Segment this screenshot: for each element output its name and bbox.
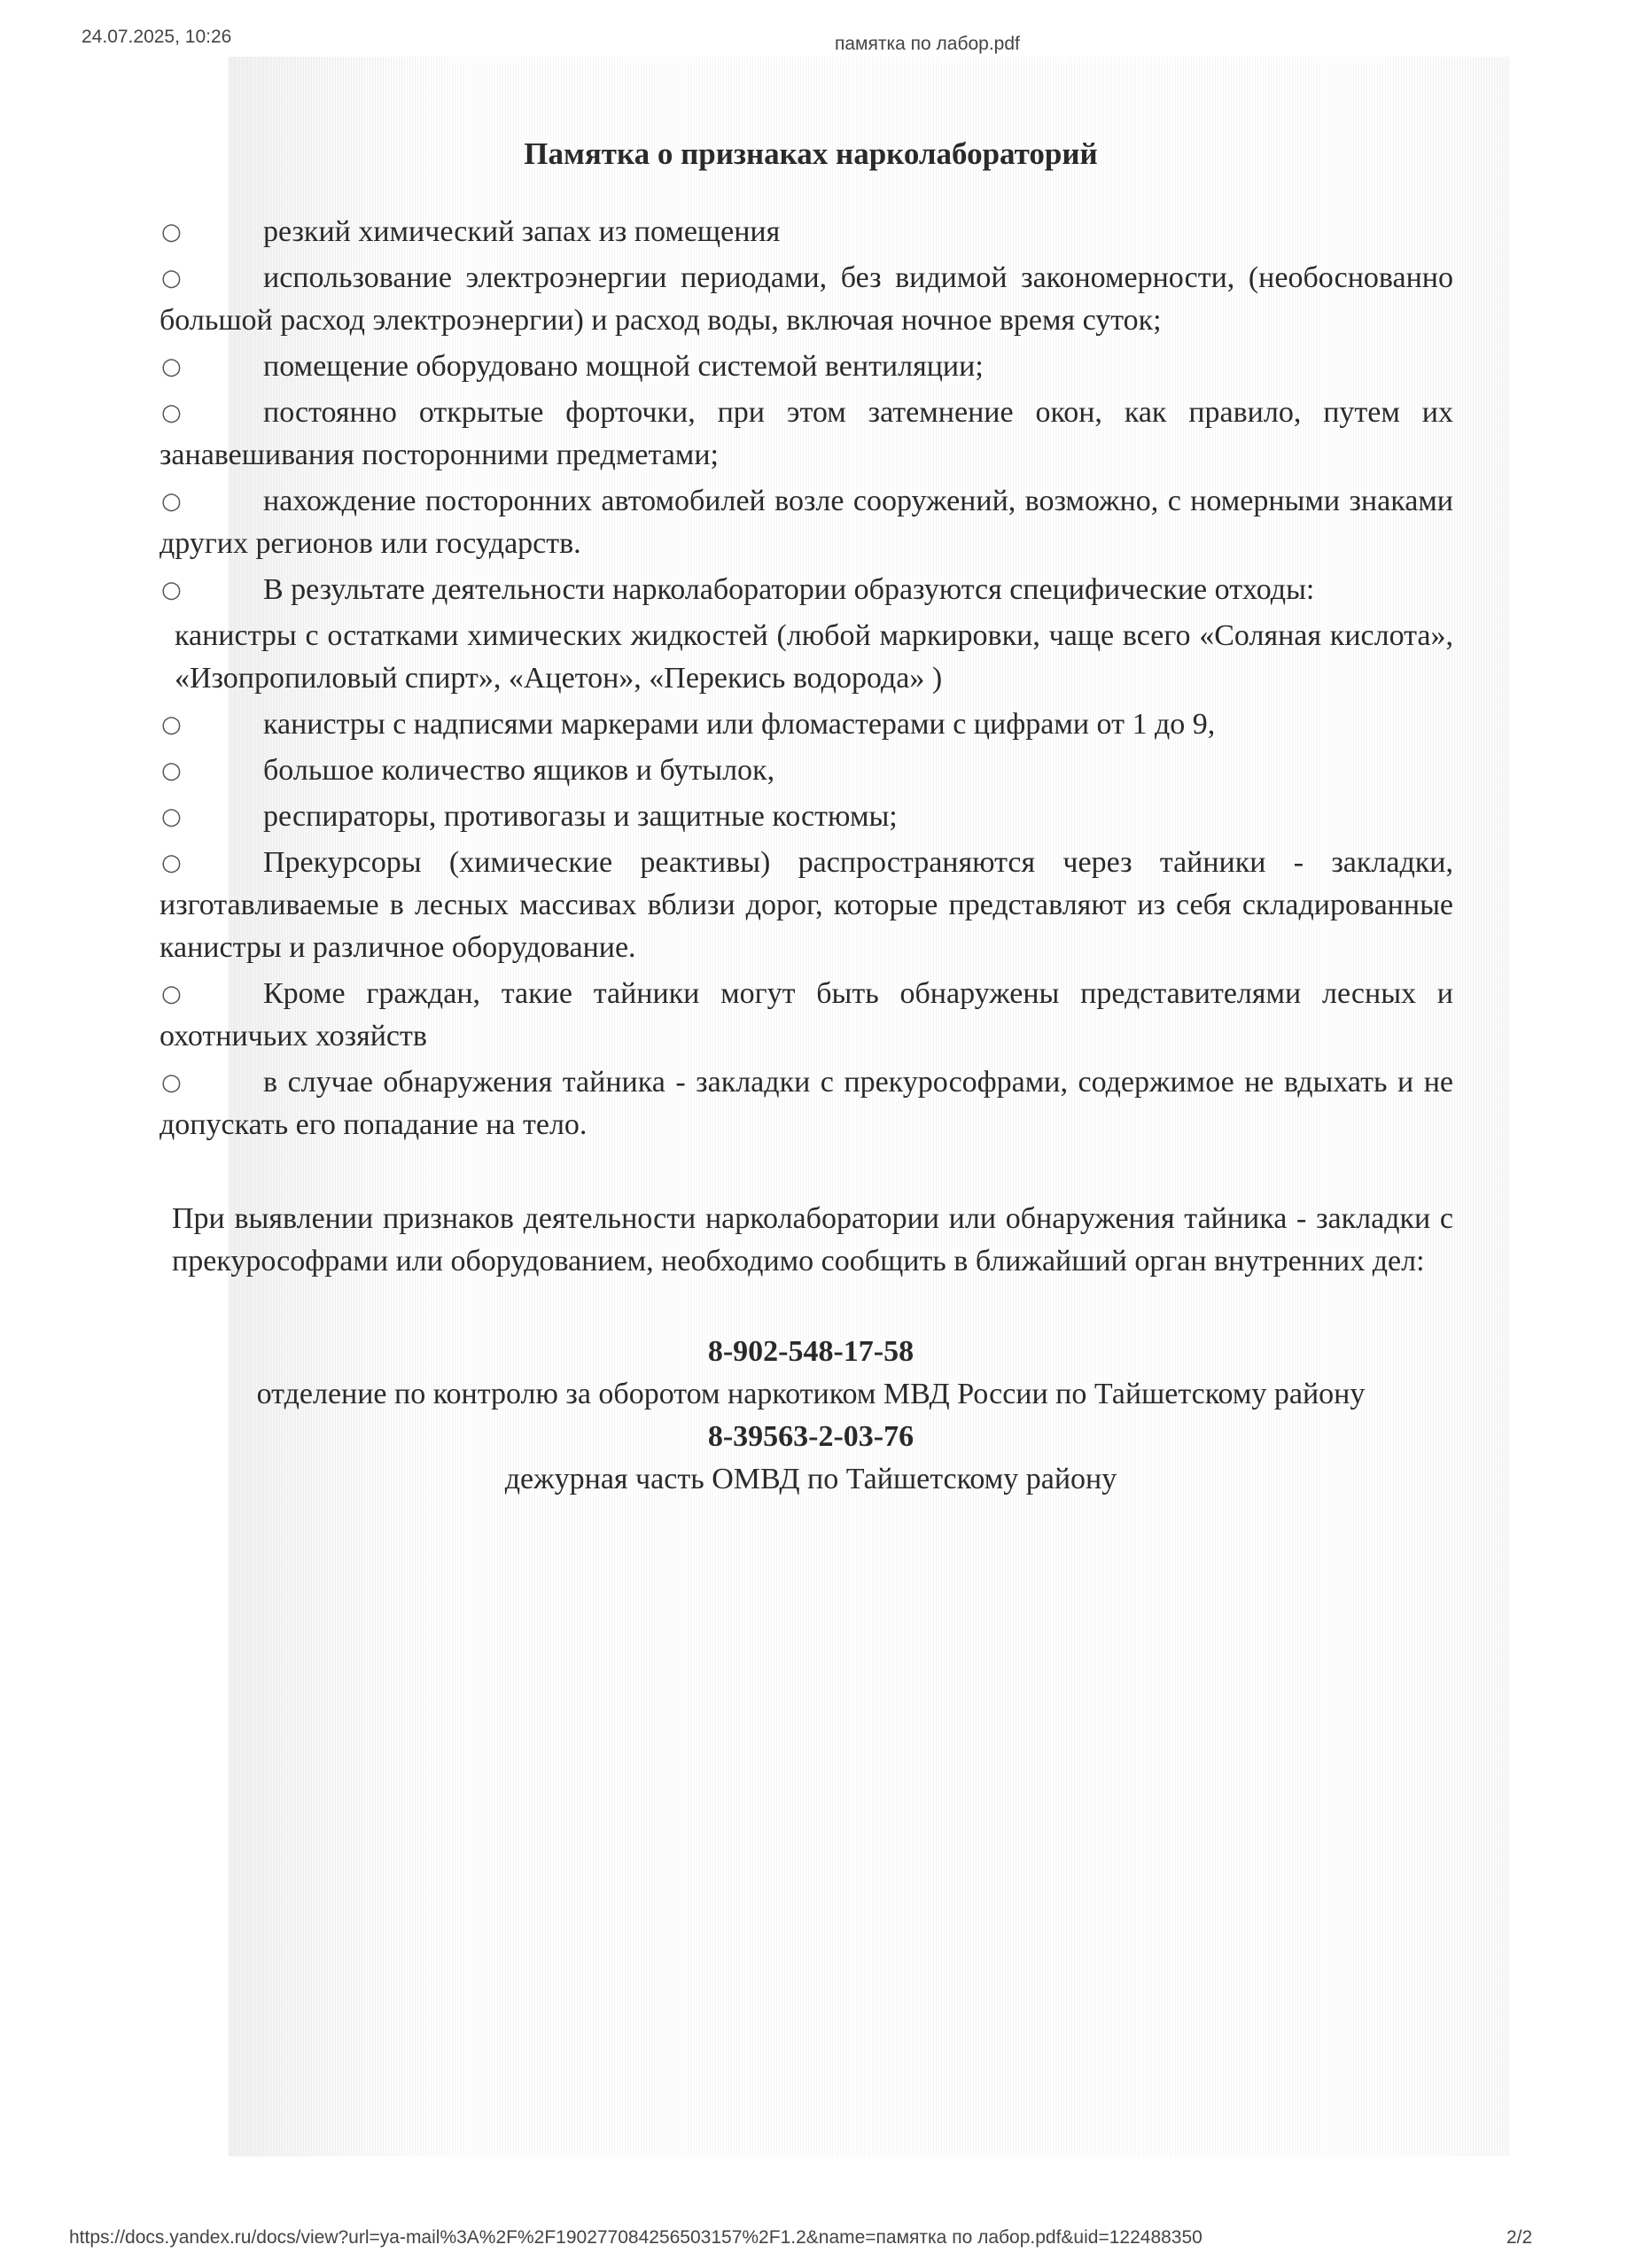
circle-bullet-icon: ○ [161,1061,182,1104]
print-datetime: 24.07.2025, 10:26 [82,27,231,48]
phone-number: 8-39563-2-03-76 [168,1416,1453,1458]
circle-bullet-icon: ○ [161,346,182,388]
list-item: ○ помещение оборудовано мощной системой … [160,346,1453,388]
list-item: ○ респираторы, противогазы и защитные ко… [160,796,1453,838]
circle-bullet-icon: ○ [161,480,182,523]
list-item-text: резкий химический запах из помещения [160,211,1453,253]
list-item: ○ большое количество ящиков и бутылок, [160,750,1453,792]
list-item-text: В результате деятельности нарколаборатор… [160,569,1453,611]
list-item-text: постоянно открытые форточки, при этом за… [160,392,1453,477]
contact-label: дежурная часть ОМВД по Тайшетскому район… [168,1458,1453,1501]
list-item-text: респираторы, противогазы и защитные кост… [160,796,1453,838]
circle-bullet-icon: ○ [161,257,182,299]
list-item-text: нахождение посторонних автомобилей возле… [160,480,1453,565]
list-item: ○ использование электроэнергии периодами… [160,257,1453,342]
call-to-action-paragraph: При выявлении признаков деятельности нар… [160,1198,1453,1283]
source-url: https://docs.yandex.ru/docs/view?url=ya-… [69,2227,1202,2249]
print-footer: https://docs.yandex.ru/docs/view?url=ya-… [0,2227,1650,2263]
list-item: ○ Кроме граждан, такие тайники могут быт… [160,973,1453,1058]
circle-bullet-icon: ○ [161,703,182,746]
list-item: ○ нахождение посторонних автомобилей воз… [160,480,1453,565]
page-counter: 2/2 [1506,2227,1532,2249]
list-item: ○ постоянно открытые форточки, при этом … [160,392,1453,477]
circle-bullet-icon: ○ [161,796,182,838]
list-item-text: использование электроэнергии периодами, … [160,257,1453,342]
list-item: ○ резкий химический запах из помещения [160,211,1453,253]
list-item-text: в случае обнаружения тайника - закладки … [160,1061,1453,1146]
list-item: ○ в случае обнаружения тайника - закладк… [160,1061,1453,1146]
list-item-text: канистры с остатками химических жидкосте… [175,615,1453,700]
print-filename: памятка по лабор.pdf [835,34,1020,55]
contacts-block: 8-902-548-17-58 отделение по контролю за… [160,1331,1453,1501]
list-subitem: канистры с остатками химических жидкосте… [160,615,1453,700]
phone-number: 8-902-548-17-58 [168,1331,1453,1373]
circle-bullet-icon: ○ [161,973,182,1015]
list-item-text: канистры с надписями маркерами или флома… [160,703,1453,746]
list-item-text: помещение оборудовано мощной системой ве… [160,346,1453,388]
circle-bullet-icon: ○ [161,750,182,792]
circle-bullet-icon: ○ [161,842,182,884]
circle-bullet-icon: ○ [161,211,182,253]
document-body: Памятка о признаках нарколабораторий ○ р… [160,133,1453,1501]
list-item-text: Кроме граждан, такие тайники могут быть … [160,973,1453,1058]
list-item: ○ В результате деятельности нарколаборат… [160,569,1453,611]
circle-bullet-icon: ○ [161,569,182,611]
list-item-text: Прекурсоры (химические реактивы) распрос… [160,842,1453,969]
list-item: ○ Прекурсоры (химические реактивы) распр… [160,842,1453,969]
list-item-text: большое количество ящиков и бутылок, [160,750,1453,792]
circle-bullet-icon: ○ [161,392,182,434]
document-title: Памятка о признаках нарколабораторий [160,133,1453,175]
list-item: ○ канистры с надписями маркерами или фло… [160,703,1453,746]
contact-label: отделение по контролю за оборотом наркот… [168,1373,1453,1416]
